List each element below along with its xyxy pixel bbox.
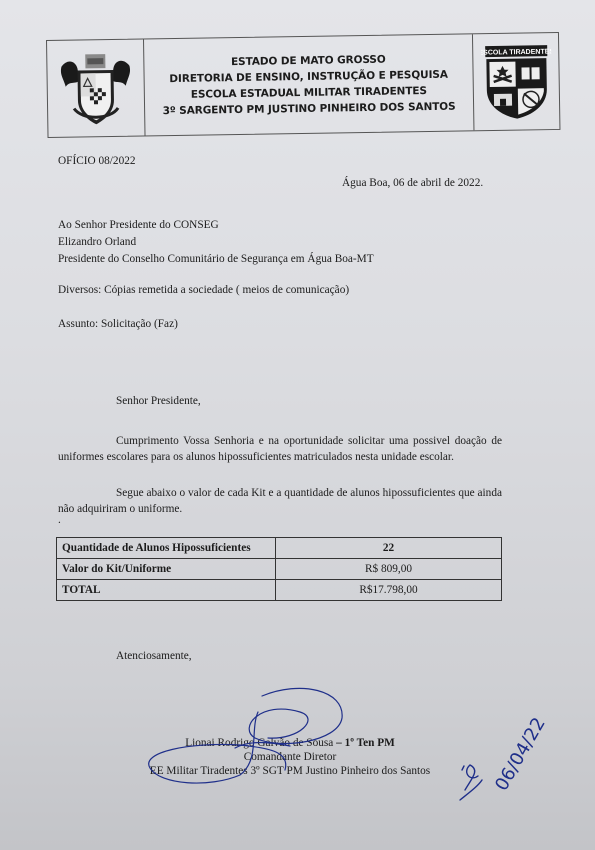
diversos-line: Diversos: Cópias remetida a sociedade ( … bbox=[58, 284, 349, 296]
svg-text:06/04/22: 06/04/22 bbox=[491, 714, 550, 795]
body-paragraph-2: Segue abaixo o valor de cada Kit e a qua… bbox=[58, 485, 502, 517]
signatory-line: Lionai Rodrigo Galvão de Sousa – 1º Ten … bbox=[110, 736, 470, 750]
escola-tiradentes-shield-icon: ESCOLA TIRADENTES bbox=[481, 43, 552, 120]
closing: Atenciosamente, bbox=[116, 650, 192, 662]
kit-values-table: Quantidade de Alunos Hipossuficientes 22… bbox=[56, 537, 502, 601]
header-line-patron: 3º SARGENTO PM JUSTINO PINHEIRO DOS SANT… bbox=[163, 99, 456, 120]
row-value: R$17.798,00 bbox=[276, 580, 502, 601]
row-value: 22 bbox=[276, 538, 502, 559]
place-and-date: Água Boa, 06 de abril de 2022. bbox=[342, 177, 483, 189]
row-value: R$ 809,00 bbox=[276, 559, 502, 580]
row-label: TOTAL bbox=[57, 580, 276, 601]
signatory-name: Lionai Rodrigo Galvão de Sousa bbox=[185, 737, 333, 749]
recipient-line-1: Ao Senhor Presidente do CONSEG bbox=[58, 219, 219, 231]
body-paragraph-1: Cumprimento Vossa Senhoria e na oportuni… bbox=[58, 433, 502, 465]
signatory-institution: EE Militar Tiradentes 3º SGT PM Justino … bbox=[110, 764, 470, 778]
salutation: Senhor Presidente, bbox=[116, 395, 201, 407]
signature-block: Lionai Rodrigo Galvão de Sousa – 1º Ten … bbox=[110, 736, 470, 778]
document-page: ESTADO DE MATO GROSSO DIRETORIA DE ENSIN… bbox=[0, 0, 595, 850]
assunto-line: Assunto: Solicitação (Faz) bbox=[58, 318, 178, 330]
stray-mark: . bbox=[58, 514, 61, 526]
oficio-number: OFÍCIO 08/2022 bbox=[58, 155, 136, 167]
row-label: Valor do Kit/Uniforme bbox=[57, 559, 276, 580]
row-label: Quantidade de Alunos Hipossuficientes bbox=[57, 538, 276, 559]
letterhead: ESTADO DE MATO GROSSO DIRETORIA DE ENSIN… bbox=[46, 32, 560, 138]
svg-text:ESCOLA TIRADENTES: ESCOLA TIRADENTES bbox=[481, 49, 552, 57]
left-logo-cell bbox=[47, 39, 145, 137]
recipient-name: Elizandro Orland bbox=[58, 236, 136, 248]
right-logo-cell: ESCOLA TIRADENTES bbox=[472, 33, 559, 130]
letterhead-titles: ESTADO DE MATO GROSSO DIRETORIA DE ENSIN… bbox=[144, 34, 473, 135]
signatory-title: Comandante Diretor bbox=[110, 750, 470, 764]
recipient-title: Presidente do Conselho Comunitário de Se… bbox=[58, 253, 374, 265]
table-row: Valor do Kit/Uniforme R$ 809,00 bbox=[57, 559, 502, 580]
table-row: Quantidade de Alunos Hipossuficientes 22 bbox=[57, 538, 502, 559]
signatory-rank: – 1º Ten PM bbox=[333, 737, 394, 749]
table-row: TOTAL R$17.798,00 bbox=[57, 580, 502, 601]
coat-of-arms-icon bbox=[57, 50, 134, 127]
